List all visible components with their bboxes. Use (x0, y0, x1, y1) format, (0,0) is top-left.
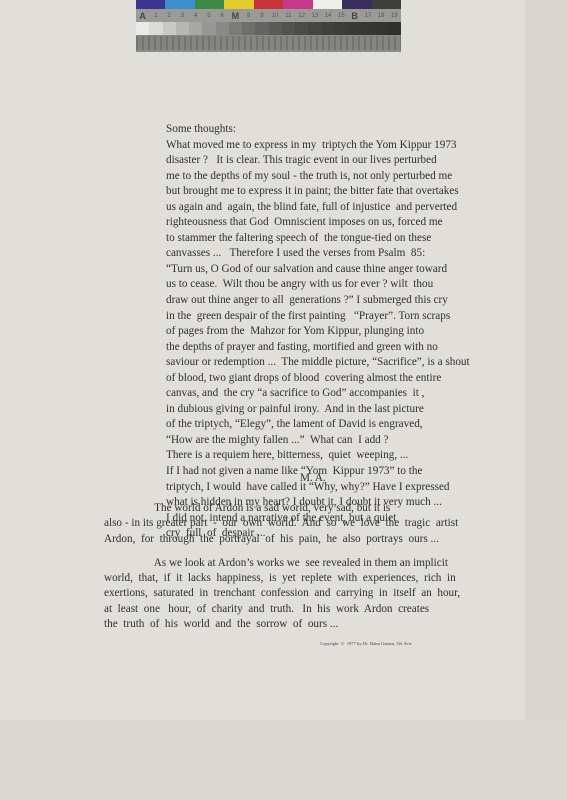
statement-line: of blood, two giant drops of blood cover… (166, 371, 470, 387)
scale-label: 13 (308, 13, 321, 19)
scale-label: 19 (388, 13, 401, 19)
statement-line: me to the depths of my soul - the truth … (166, 169, 470, 185)
statement-line: disaster ? It is clear. This tragic even… (166, 153, 470, 169)
chart-bottom-strip (136, 36, 401, 50)
statement-line: the depths of prayer and fasting, mortif… (166, 340, 470, 356)
scale-label: 17 (361, 13, 374, 19)
statement-line: us again and again, the blind fate, full… (166, 200, 470, 216)
gray-step (255, 22, 268, 35)
scale-label: 3 (176, 13, 189, 19)
statement-line: of pages from the Mahzor for Yom Kippur,… (166, 324, 470, 340)
scale-label: 5 (202, 13, 215, 19)
statement-line: “Turn us, O God of our salvation and cau… (166, 262, 470, 278)
paragraph-gap (104, 547, 460, 556)
color-patch (372, 0, 401, 9)
color-patch (313, 0, 342, 9)
gray-step (202, 22, 215, 35)
scale-label: 4 (189, 13, 202, 19)
copyright-notice: Copyright © 1977 by Dr. Haim Gamzu, Tel … (320, 641, 412, 646)
statement-line: of the triptych, “Elegy”, the lament of … (166, 417, 470, 433)
statement-line: Some thoughts: (166, 122, 470, 138)
color-patches (136, 0, 401, 9)
gray-step (229, 22, 242, 35)
statement-line: but brought me to express it in paint; t… (166, 184, 470, 200)
statement-line: righteousness that God Omniscient impose… (166, 215, 470, 231)
gray-step (361, 22, 374, 35)
scale-label: 8 (242, 13, 255, 19)
scale-label: 18 (375, 13, 388, 19)
statement-line: canvasses ... Therefore I used the verse… (166, 246, 470, 262)
color-patch (254, 0, 283, 9)
color-patch (342, 0, 371, 9)
statement-line: There is a requiem here, bitterness, qui… (166, 448, 470, 464)
gray-step (295, 22, 308, 35)
color-patch (195, 0, 224, 9)
essay-line: Ardon, for through the portrayal of his … (104, 532, 460, 547)
statement-line: draw out thine anger to all generations … (166, 293, 470, 309)
gray-step (242, 22, 255, 35)
gray-step (348, 22, 361, 35)
chart-scale-labels: A123456M89101112131415B171819 (136, 9, 401, 22)
gray-step (322, 22, 335, 35)
statement-line: saviour or redemption ... The middle pic… (166, 355, 470, 371)
scale-label: 12 (295, 13, 308, 19)
scale-label: A (136, 11, 149, 21)
essay-line: at least one hour, of charity and truth.… (104, 602, 460, 617)
statement-line: us to cease. Wilt thou be angry with us … (166, 277, 470, 293)
statement-line: canvas, and the cry “a sacrifice to God”… (166, 386, 470, 402)
scale-label: 10 (269, 13, 282, 19)
statement-line: in dubious giving or painful irony. And … (166, 402, 470, 418)
gray-step (282, 22, 295, 35)
gray-step (216, 22, 229, 35)
statement-line: What moved me to express in my triptych … (166, 138, 470, 154)
scale-label: 11 (282, 13, 295, 19)
color-calibration-chart: A123456M89101112131415B171819 (136, 0, 401, 52)
essay-text: The world of Ardon is a sad world, very … (104, 501, 460, 632)
signature: M. A. (300, 472, 326, 484)
scale-label: B (348, 11, 361, 21)
essay-line: As we look at Ardon’s works we see revea… (104, 556, 460, 571)
scale-label: 6 (216, 13, 229, 19)
scale-label: 14 (322, 13, 335, 19)
essay-line: the truth of his world and the sorrow of… (104, 617, 460, 632)
gray-step (388, 22, 401, 35)
scale-label: 2 (163, 13, 176, 19)
gray-step (136, 22, 149, 35)
color-patch (136, 0, 165, 9)
color-patch (224, 0, 253, 9)
color-patch (283, 0, 312, 9)
essay-line: also - in its greater part - our own wor… (104, 516, 460, 531)
paper-edge-right (525, 0, 567, 800)
paper-edge-bottom (0, 720, 567, 800)
statement-line: “How are the mighty fallen ...” What can… (166, 433, 470, 449)
scale-label: 1 (149, 13, 162, 19)
gray-step (308, 22, 321, 35)
color-patch (165, 0, 194, 9)
scale-label: 9 (255, 13, 268, 19)
gray-step (176, 22, 189, 35)
gray-scale (136, 22, 401, 35)
essay-line: world, that, if it lacks happiness, is y… (104, 571, 460, 586)
essay-line: exertions, saturated in trenchant confes… (104, 586, 460, 601)
gray-step (149, 22, 162, 35)
gray-step (269, 22, 282, 35)
statement-line: to stammer the faltering speech of the t… (166, 231, 470, 247)
gray-step (335, 22, 348, 35)
gray-step (375, 22, 388, 35)
gray-step (189, 22, 202, 35)
scale-label: 15 (335, 13, 348, 19)
statement-line: in the green despair of the first painti… (166, 309, 470, 325)
scale-label: M (229, 11, 242, 21)
essay-line: The world of Ardon is a sad world, very … (104, 501, 460, 516)
gray-step (163, 22, 176, 35)
